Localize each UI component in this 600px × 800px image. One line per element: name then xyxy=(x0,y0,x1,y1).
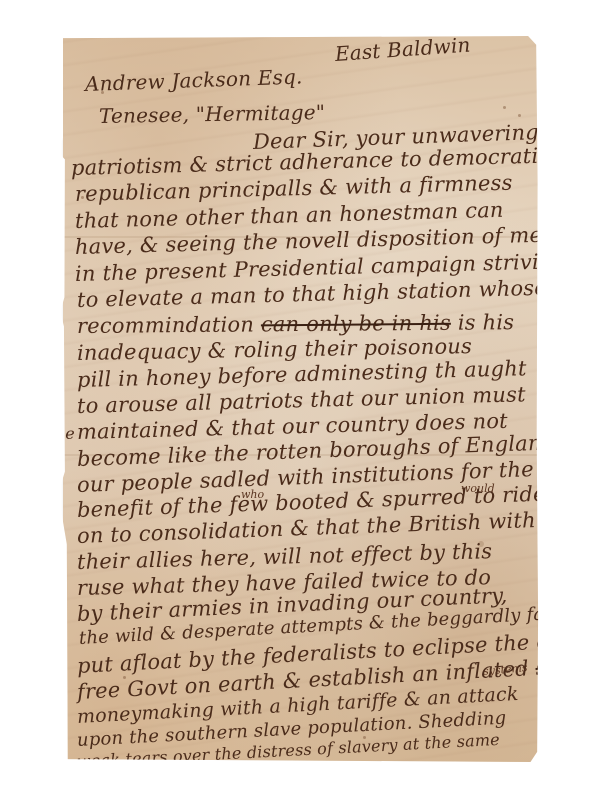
letter-location: Tenesee, "Hermitage" xyxy=(99,100,326,128)
line-text: recommindation xyxy=(77,312,261,338)
line-text xyxy=(590,653,591,677)
margin-note-only: only xyxy=(19,320,47,335)
letter-addressee: Andrew Jackson Esq. xyxy=(85,64,303,96)
margin-note-be: be xyxy=(55,424,75,443)
foxing-spot xyxy=(503,106,506,109)
struck-text: syste xyxy=(535,653,591,680)
letter-body-line: denying a morsil of bread to their starv… xyxy=(77,759,496,796)
struck-text: can only be in his xyxy=(261,311,451,337)
foxing-spot xyxy=(518,114,521,117)
letter-place: East Baldwin xyxy=(334,33,471,66)
line-text: is his xyxy=(451,310,514,335)
manuscript-letter-page: East Baldwin Andrew Jackson Esq. Tenesee… xyxy=(63,36,540,762)
page-canvas: East Baldwin Andrew Jackson Esq. Tenesee… xyxy=(0,0,600,800)
